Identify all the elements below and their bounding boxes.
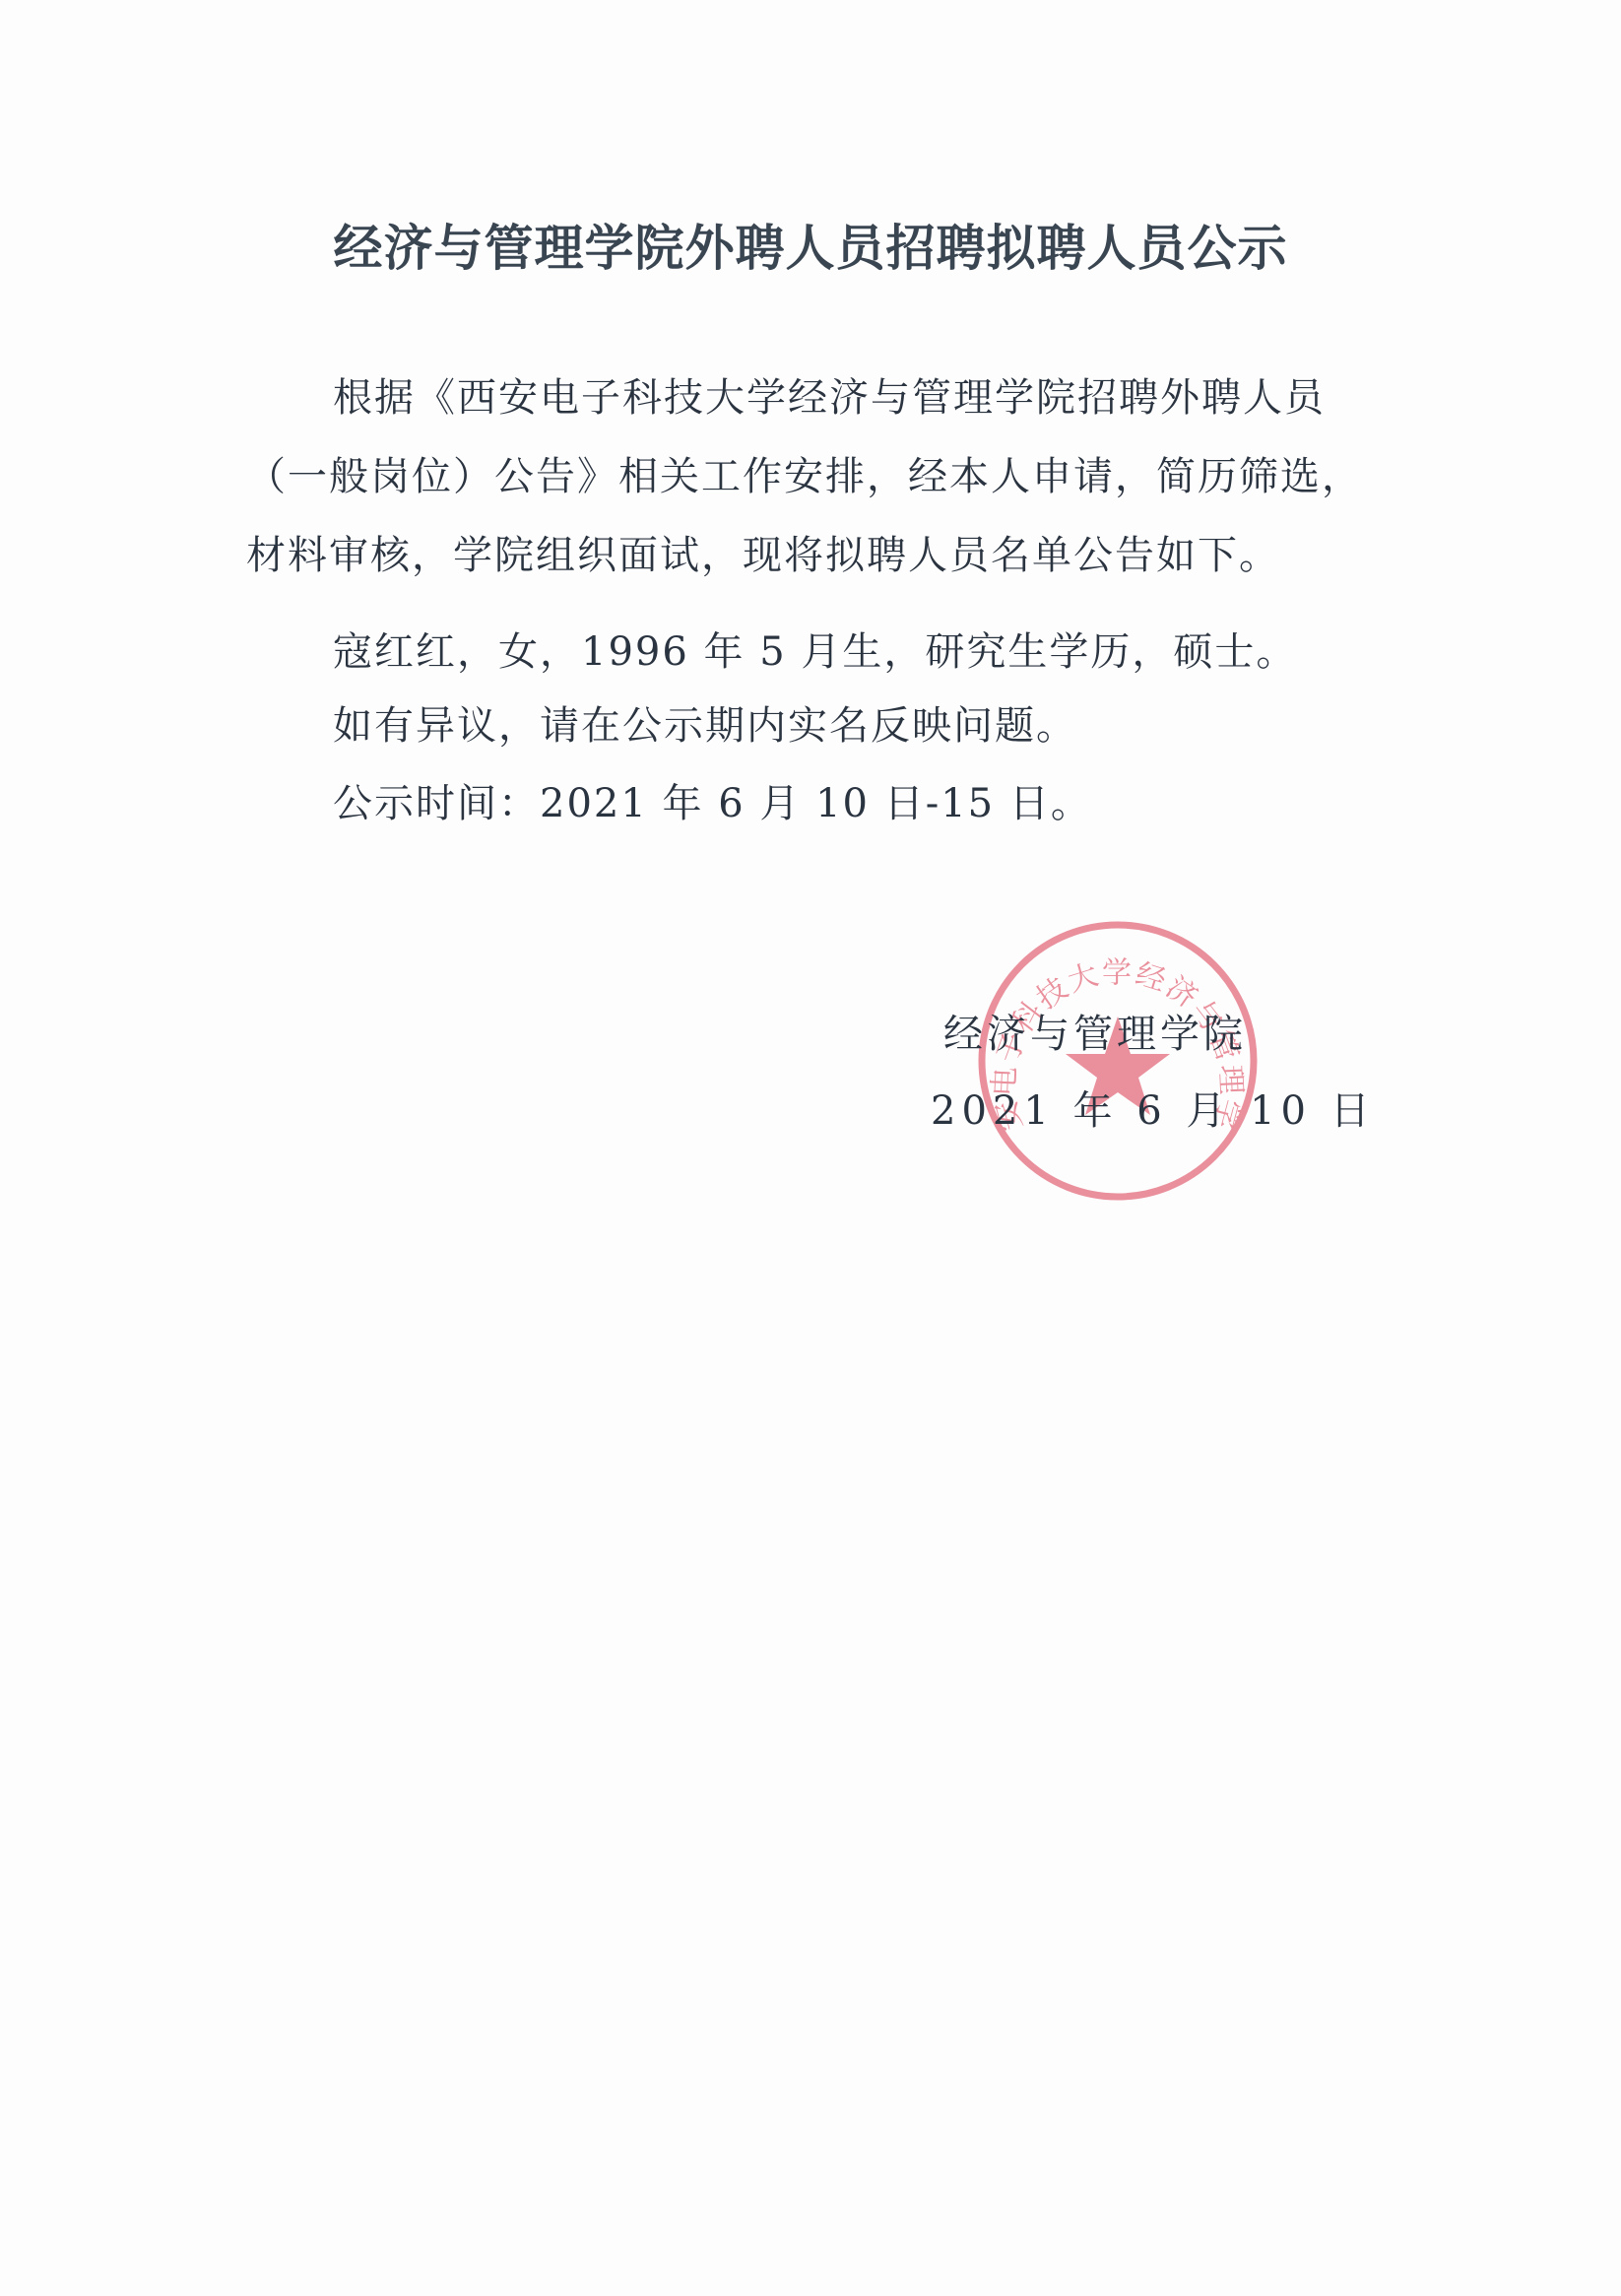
candidate-info: 寇红红，女，1996 年 5 月生，研究生学历，硕士。 — [333, 621, 1297, 677]
intro-paragraph: 根据《西安电子科技大学经济与管理学院招聘外聘人员（一般岗位）公告》相关工作安排，… — [246, 359, 1389, 595]
objection-note: 如有异议，请在公示期内实名反映问题。 — [333, 694, 1077, 751]
publicity-period: 公示时间：2021 年 6 月 10 日-15 日。 — [333, 772, 1092, 828]
official-seal: 西安电子科技大学经济与管理学院 — [975, 918, 1261, 1204]
document-page: 经济与管理学院外聘人员招聘拟聘人员公示 根据《西安电子科技大学经济与管理学院招聘… — [0, 0, 1621, 2296]
signature-date: 2021 年 6 月 10 日 — [931, 1080, 1376, 1136]
document-title: 经济与管理学院外聘人员招聘拟聘人员公示 — [0, 209, 1621, 280]
signature-organization: 经济与管理学院 — [943, 1003, 1247, 1059]
